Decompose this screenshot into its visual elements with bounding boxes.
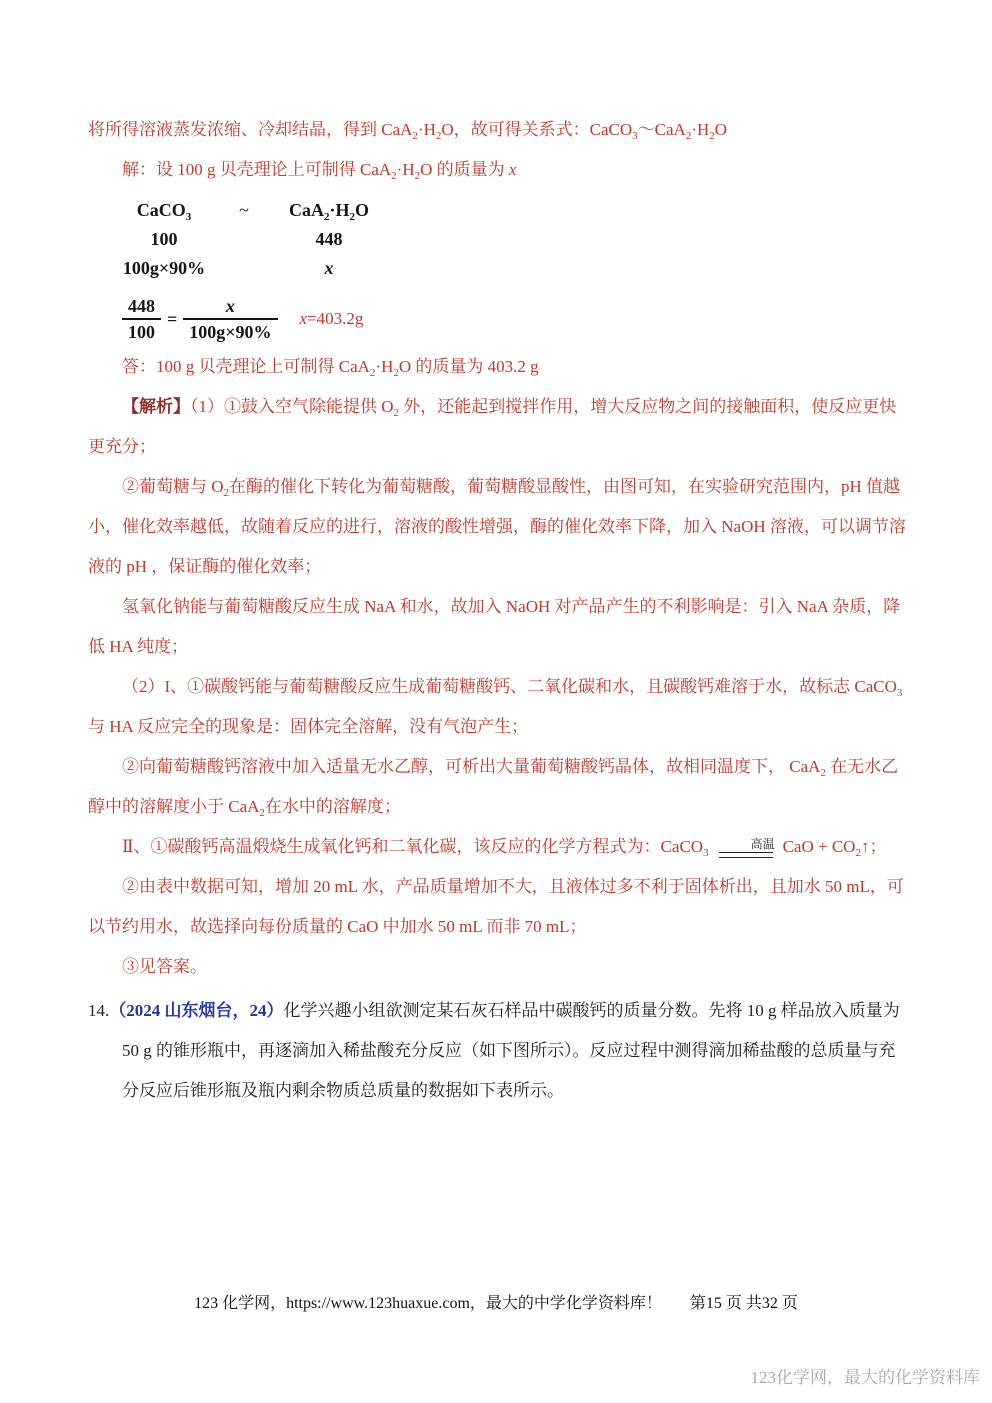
product-formula: CaA2·H2O bbox=[266, 196, 392, 225]
page-content: 将所得溶液蒸发浓缩、冷却结晶，得到 CaA2·H2O，故可得关系式：CaCO3～… bbox=[88, 110, 910, 1111]
analysis-paragraph-1: 【解析】（1）①鼓入空气除能提供 O2 外，还能起到搅拌作用，增大反应物之间的接… bbox=[88, 387, 910, 467]
double-line-yields bbox=[719, 852, 773, 858]
analysis-paragraph-5: ②向葡萄糖酸钙溶液中加入适量无水乙醇，可析出大量葡萄糖酸钙晶体，故相同温度下， … bbox=[88, 747, 910, 827]
reaction-condition: 高温 bbox=[717, 838, 775, 858]
reactant-given-mass: 100g×90% bbox=[106, 254, 222, 283]
page-footer: 123 化学网，https://www.123huaxue.com，最大的中学化… bbox=[0, 1292, 992, 1316]
analysis-paragraph-7: ②由表中数据可知，增加 20 mL 水，产品质量增加不大，且液体过多不利于固体析… bbox=[88, 867, 910, 947]
footer-site-line: 123 化学网，https://www.123huaxue.com，最大的中学化… bbox=[194, 1295, 662, 1312]
question-14-number: 14. bbox=[88, 1001, 109, 1020]
proportion-equation: 448 100 = x 100g×90% x=403.2g bbox=[122, 295, 910, 343]
question-14: 14.（2024 山东烟台，24）化学兴趣小组欲测定某石灰石样品中碳酸钙的质量分… bbox=[88, 991, 910, 1111]
equals-sign: = bbox=[167, 308, 177, 330]
reactant-molar-mass: 100 bbox=[106, 225, 222, 254]
document-page: { "colors":{"body_red":"#c0392b","analys… bbox=[0, 0, 992, 1403]
footer-page-info: 第15 页 共32 页 bbox=[690, 1295, 798, 1312]
corner-watermark: 123化学网，最大的化学资料库 bbox=[751, 1366, 981, 1390]
solution-answer-line: 答：100 g 贝壳理论上可制得 CaA2·H2O 的质量为 403.2 g bbox=[88, 347, 910, 387]
proportion-result: x=403.2g bbox=[300, 308, 364, 330]
analysis-paragraph-3: 氢氧化钠能与葡萄糖酸反应生成 NaA 和水，故加入 NaOH 对产品产生的不利影… bbox=[88, 587, 910, 667]
stoichiometry-block: CaCO3 ~ CaA2·H2O 100 448 100g×90% x bbox=[106, 196, 910, 283]
analysis-paragraph-8: ③见答案。 bbox=[88, 947, 910, 987]
stoichiometry-formula-row: CaCO3 ~ CaA2·H2O bbox=[106, 196, 910, 225]
product-unknown-mass: x bbox=[266, 254, 392, 283]
proportion-right-fraction: x 100g×90% bbox=[183, 295, 277, 343]
reactant-formula: CaCO3 bbox=[106, 196, 222, 225]
stoichiometry-given-row: 100g×90% x bbox=[106, 254, 910, 283]
product-molar-mass: 448 bbox=[266, 225, 392, 254]
stoichiometry-molar-row: 100 448 bbox=[106, 225, 910, 254]
tilde-operator: ~ bbox=[222, 196, 266, 225]
solution-relation-line: 将所得溶液蒸发浓缩、冷却结晶，得到 CaA2·H2O，故可得关系式：CaCO3～… bbox=[88, 110, 910, 150]
question-14-source: （2024 山东烟台，24） bbox=[109, 1001, 283, 1020]
solution-setup-line: 解：设 100 g 贝壳理论上可制得 CaA2·H2O 的质量为 x bbox=[88, 150, 910, 190]
analysis-paragraph-2: ②葡萄糖与 O2在酶的催化下转化为葡萄糖酸，葡萄糖酸显酸性，由图可知，在实验研究… bbox=[88, 467, 910, 587]
proportion-left-fraction: 448 100 bbox=[122, 295, 161, 343]
analysis-paragraph-6: Ⅱ、①碳酸钙高温煅烧生成氧化钙和二氧化碳，该反应的化学方程式为：CaCO3高温C… bbox=[88, 827, 910, 867]
analysis-paragraph-4: （2）I、①碳酸钙能与葡萄糖酸反应生成葡萄糖酸钙、二氧化碳和水，且碳酸钙难溶于水… bbox=[88, 667, 910, 747]
